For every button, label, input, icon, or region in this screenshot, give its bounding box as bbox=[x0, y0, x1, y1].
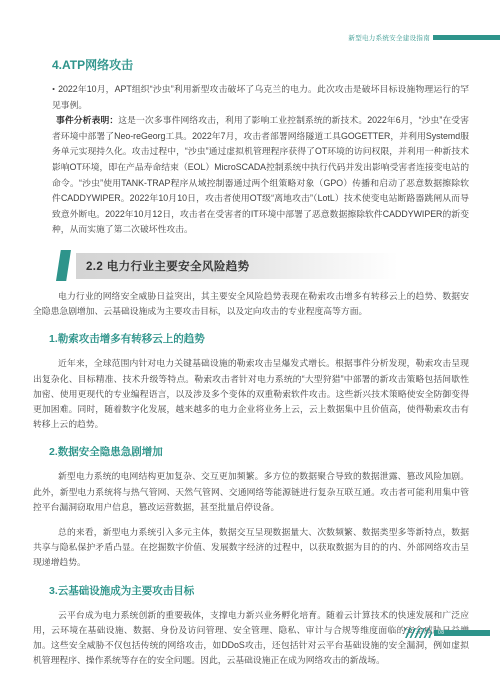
analysis-text: 这是一次多事件网络攻击，利用了影响工业控制系统的新技术。2022年6月，“沙虫”… bbox=[52, 115, 469, 234]
subsection-3-title: 3.云基础设施成为主要攻击目标 bbox=[49, 583, 469, 598]
subsection-2-paragraph-2: 总的来看，新型电力系统引入多元主体，数据交互呈现数据量大、次数频繁、数据类型多等… bbox=[33, 525, 469, 571]
footer-page-bar: 08 bbox=[434, 630, 490, 636]
atp-event-block: •2022年10月，APT组织“沙虫”利用新型攻击破坏了乌克兰的电力。此次攻击是… bbox=[52, 82, 469, 238]
event-bullet-line: •2022年10月，APT组织“沙虫”利用新型攻击破坏了乌克兰的电力。此次攻击是… bbox=[52, 82, 469, 113]
subsection-1-title: 1.勒索攻击增多有转移云上的趋势 bbox=[49, 331, 469, 346]
analysis-label: 事件分析表明： bbox=[56, 115, 118, 125]
event-summary-text: 2022年10月，APT组织“沙虫”利用新型攻击破坏了乌克兰的电力。此次攻击是破… bbox=[52, 84, 469, 110]
section-2-2-title: 2.2 电力行业主要安全风险趋势 bbox=[76, 258, 250, 274]
section-header-bar: 2.2 电力行业主要安全风险趋势 bbox=[76, 253, 469, 279]
page-header: 新型电力系统安全建设指南 bbox=[348, 33, 500, 42]
event-analysis-paragraph: 事件分析表明：这是一次多事件网络攻击，利用了影响工业控制系统的新技术。2022年… bbox=[52, 113, 469, 238]
page-footer: 08 bbox=[405, 628, 490, 638]
page-number: 08 bbox=[434, 630, 445, 636]
footer-slashes-decoration bbox=[405, 628, 432, 638]
section-flag-marker bbox=[56, 250, 71, 281]
subsection-2-paragraph-1: 新型电力系统的电网结构更加复杂、交互更加频繁。多方位的数据聚合导致的数据泄露、篡… bbox=[33, 469, 469, 515]
subsection-3-paragraph: 云平台成为电力系统创新的重要载体，支撑电力新兴业务孵化培育。随着云计算技术的快速… bbox=[33, 608, 469, 669]
subsection-2-title: 2.数据安全隐患急剧增加 bbox=[49, 444, 469, 459]
page-content: 4.ATP网络攻击 •2022年10月，APT组织“沙虫”利用新型攻击破坏了乌克… bbox=[33, 56, 469, 668]
header-accent-bar bbox=[433, 35, 500, 40]
document-page: 新型电力系统安全建设指南 4.ATP网络攻击 •2022年10月，APT组织“沙… bbox=[0, 0, 500, 673]
header-title: 新型电力系统安全建设指南 bbox=[348, 33, 430, 42]
atp-section-title: 4.ATP网络攻击 bbox=[52, 56, 469, 73]
trend-intro-paragraph: 电力行业的网络安全威胁日益突出，其主要安全风险趋势表现在勒索攻击增多有转移云上的… bbox=[33, 289, 469, 319]
section-2-2-header: 2.2 电力行业主要安全风险趋势 bbox=[33, 253, 469, 279]
subsection-1-paragraph: 近年来，全球范围内针对电力关键基础设施的勒索攻击呈爆发式增长。根据事件分析发现，… bbox=[33, 356, 469, 432]
bullet-icon: • bbox=[52, 83, 55, 96]
